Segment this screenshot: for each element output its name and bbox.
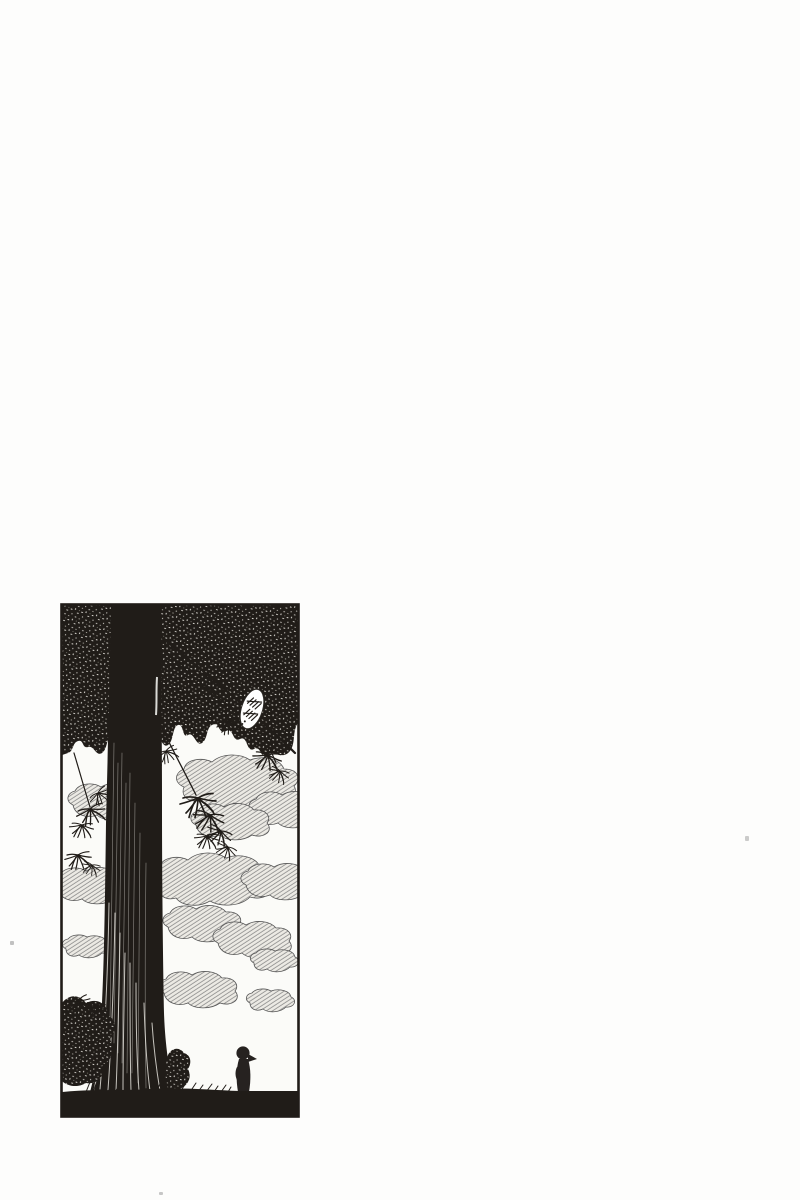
scan-speck	[10, 941, 14, 945]
ground-band	[62, 1088, 298, 1116]
scan-speck	[745, 836, 749, 841]
manga-panel	[60, 603, 300, 1118]
scan-speck	[159, 1192, 163, 1195]
manga-page	[0, 0, 800, 1200]
panel-artwork	[60, 603, 300, 1118]
